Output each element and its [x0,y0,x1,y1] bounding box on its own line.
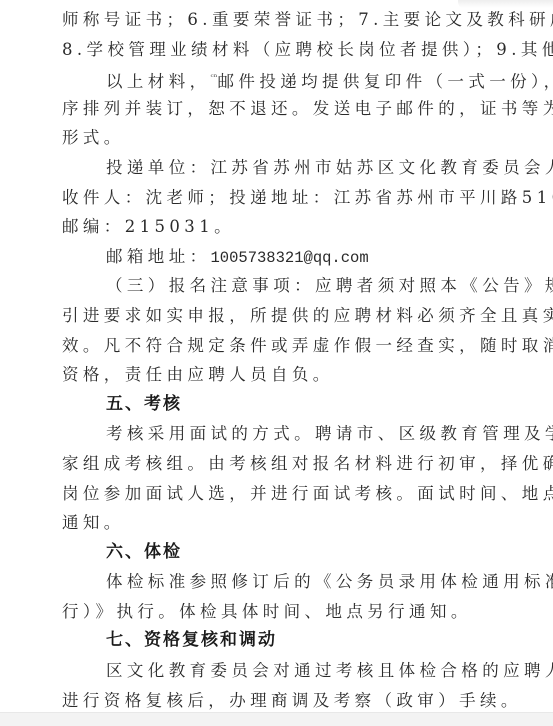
paragraph-review-line-1: 区文化教育委员会对通过考核且体检合格的应聘人员 [62,656,474,686]
paragraph-materials-list-line-2: 8.学校管理业绩材料（应聘校长岗位者提供）；9.其他。 [62,35,474,65]
email-label: 邮箱地址： [106,247,211,266]
paragraph-materials-list-line-1: 师称号证书；6.重要荣誉证书；7.主要论文及教科研成果； [62,5,474,35]
paragraph-assessment-line-1: 考核采用面试的方式。聘请市、区级教育管理及学科专 [62,419,474,449]
viewer-bottom-edge [0,712,553,726]
paragraph-address-line-3: 邮编：215031。 [62,212,474,242]
paragraph-submission-line-2: 序排列并装订，恕不退还。发送电子邮件的，证书等为照片 [62,94,474,124]
paragraph-submission-line-1: 以上材料，ᶜⁿ邮件投递均提供复印件（一式一份），按顺 [62,64,474,94]
scan-mark-icon: ᶜⁿ [211,73,218,83]
paragraph-notes-line-3: 效。凡不符合规定条件或弄虚作假一经查实，随时取消应聘 [62,331,474,361]
document-body: 师称号证书；6.重要荣誉证书；7.主要论文及教科研成果； 8.学校管理业绩材料（… [62,5,474,715]
section-heading-physical-exam: 六、体检 [62,538,474,568]
email-address: 1005738321@qq.com [211,249,369,267]
paragraph-address-line-1: 投递单位：江苏省苏州市姑苏区文化教育委员会人事处， [62,153,474,183]
section-heading-assessment: 五、考核 [62,390,474,420]
submission-text-a: 以上材料， [106,72,211,91]
paragraph-assessment-line-4: 通知。 [62,508,474,538]
paragraph-assessment-line-3: 岗位参加面试人选，并进行面试考核。面试时间、地点另行 [62,479,474,509]
paragraph-notes-line-2: 引进要求如实申报，所提供的应聘材料必须齐全且真实有 [62,301,474,331]
paragraph-notes-line-1: （三）报名注意事项：应聘者须对照本《公告》规定的 [62,271,474,301]
paragraph-assessment-line-2: 家组成考核组。由考核组对报名材料进行初审，择优确定各 [62,449,474,479]
paragraph-physical-exam-line-1: 体检标准参照修订后的《公务员录用体检通用标准（试 [62,567,474,597]
paragraph-physical-exam-line-2: 行）》执行。体检具体时间、地点另行通知。 [62,597,474,627]
paragraph-submission-line-3: 形式。 [62,123,474,153]
paragraph-address-line-2: 收件人：沈老师；投递地址：江苏省苏州市平川路510号， [62,183,474,213]
page-number: 3 [0,693,553,703]
paragraph-email: 邮箱地址：1005738321@qq.com [62,242,474,272]
submission-text-b: 邮件投递均提供复印件（一式一份），按顺 [218,72,553,91]
document-page: 师称号证书；6.重要荣誉证书；7.主要论文及教科研成果； 8.学校管理业绩材料（… [0,0,553,712]
paragraph-notes-line-4: 资格，责任由应聘人员自负。 [62,360,474,390]
section-heading-qualification-review: 七、资格复核和调动 [62,626,474,656]
